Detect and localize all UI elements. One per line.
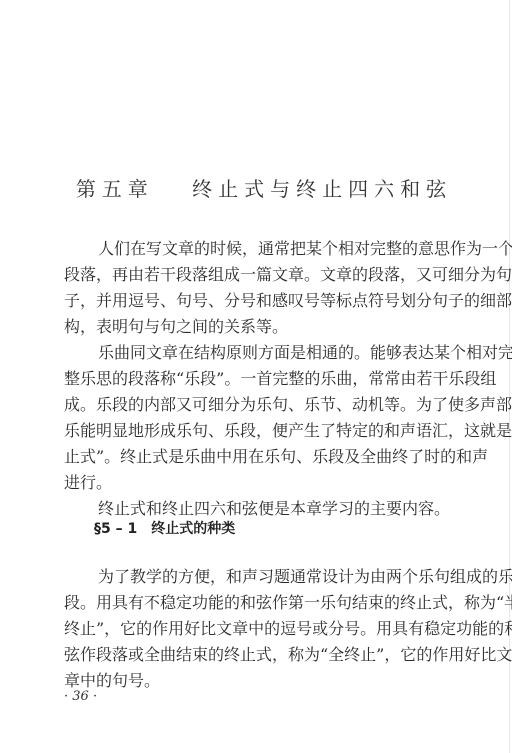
text-line: 段。用具有不稳定功能的和弦作第一乐句结束的终止式，称为“半	[64, 590, 452, 616]
intro-paragraph-1: 人们在写文章的时候，通常把某个相对完整的意思作为一个 段落，再由若干段落组成一篇…	[64, 236, 452, 340]
text-line: 乐曲同文章在结构原则方面是相通的。能够表达某个相对完	[64, 340, 452, 366]
text-line: 子，并用逗号、句号、分号和感叹号等标点符号划分句子的细部结	[64, 288, 452, 314]
text-line: 整乐思的段落称“乐段”。一首完整的乐曲，常常由若干乐段组	[64, 366, 452, 392]
page-edge	[509, 0, 510, 753]
page-number: · 36 ·	[64, 689, 97, 704]
text-line: 成。乐段的内部又可细分为乐句、乐节、动机等。为了使多声部音	[64, 392, 452, 418]
text-line: 人们在写文章的时候，通常把某个相对完整的意思作为一个	[64, 236, 452, 262]
text-line: 章中的句号。	[64, 668, 452, 694]
text-line: 为了教学的方便，和声习题通常设计为由两个乐句组成的乐	[64, 564, 452, 590]
intro-paragraph-2: 乐曲同文章在结构原则方面是相通的。能够表达某个相对完 整乐思的段落称“乐段”。一…	[64, 340, 452, 496]
section-heading: §5 – 1 终止式的种类	[94, 518, 235, 538]
text-line: 弦作段落或全曲结束的终止式，称为“全终止”，它的作用好比文	[64, 642, 452, 668]
chapter-title: 第五章 终止式与终止四六和弦	[0, 173, 512, 202]
text-line: 止式”。终止式是乐曲中用在乐句、乐段及全曲终了时的和声	[64, 444, 452, 470]
text-line: 进行。	[64, 470, 452, 496]
text-line: 乐能明显地形成乐句、乐段，便产生了特定的和声语汇，这就是“终	[64, 418, 452, 444]
text-line: 段落，再由若干段落组成一篇文章。文章的段落，又可细分为句	[64, 262, 452, 288]
text-line: 构，表明句与句之间的关系等。	[64, 314, 452, 340]
text-line: 终止”，它的作用好比文章中的逗号或分号。用具有稳定功能的和	[64, 616, 452, 642]
section-paragraph-1: 为了教学的方便，和声习题通常设计为由两个乐句组成的乐 段。用具有不稳定功能的和弦…	[64, 564, 452, 694]
